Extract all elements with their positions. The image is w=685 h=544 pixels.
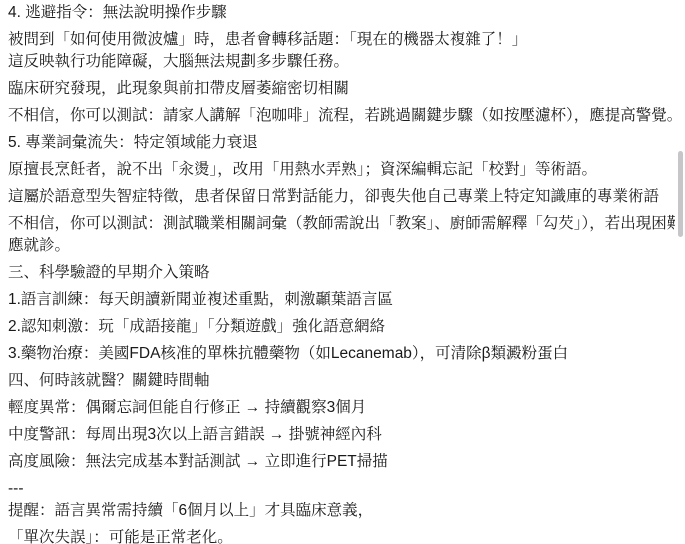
text-line: 四、何時該就醫？關鍵時間軸 <box>8 370 675 392</box>
text-line: 原擅長烹飪者，說不出「汆燙」，改用「用熱水弄熟」；資深編輯忘記「校對」等術語。 <box>8 159 675 181</box>
text-line: 2.認知刺激：玩「成語接龍」「分類遊戲」強化語意網絡 <box>8 316 675 338</box>
text-line: 4. 逃避指令：無法說明操作步驟 <box>8 2 675 24</box>
scrollbar-thumb[interactable] <box>678 151 683 237</box>
divider-line: --- <box>8 478 675 500</box>
document-view: 4. 逃避指令：無法說明操作步驟 被問到「如何使用微波爐」時，患者會轉移話題：「… <box>0 0 685 544</box>
text-line: 三、科學驗證的早期介入策略 <box>8 262 675 284</box>
text-line: 1.語言訓練：每天朗讀新聞並複述重點，刺激顳葉語言區 <box>8 289 675 311</box>
text-line: 提醒：語言異常需持續「6個月以上」才具臨床意義， <box>8 500 675 522</box>
text-line: 不相信，你可以測試：測試職業相關詞彙（教師需說出「教案」、廚師需解釋「勾芡」），… <box>8 213 675 235</box>
text-line: 5. 專業詞彙流失：特定領域能力衰退 <box>8 132 675 154</box>
text-line: 這屬於語意型失智症特徵，患者保留日常對話能力，卻喪失他自己專業上特定知識庫的專業… <box>8 186 675 208</box>
text-line: 這反映執行功能障礙，大腦無法規劃多步驟任務。 <box>8 51 675 73</box>
text-line: 中度警訊：每周出現3次以上語言錯誤 → 掛號神經內科 <box>8 424 675 446</box>
text-line: 「單次失誤」：可能是正常老化。 <box>8 527 675 544</box>
text-line: 3.藥物治療：美國FDA核准的單株抗體藥物（如Lecanemab），可清除β類澱… <box>8 343 675 365</box>
text-line: 被問到「如何使用微波爐」時，患者會轉移話題：「現在的機器太複雜了！」 <box>8 29 675 51</box>
document-content: 4. 逃避指令：無法說明操作步驟 被問到「如何使用微波爐」時，患者會轉移話題：「… <box>0 0 685 544</box>
text-line: 應就診。 <box>8 235 675 257</box>
text-line: 不相信，你可以測試：請家人講解「泡咖啡」流程，若跳過關鍵步驟（如按壓濾杯），應提… <box>8 105 675 127</box>
text-line: 高度風險：無法完成基本對話測試 → 立即進行PET掃描 <box>8 451 675 473</box>
text-line: 臨床研究發現，此現象與前扣帶皮層萎縮密切相關 <box>8 78 675 100</box>
text-line: 輕度異常：偶爾忘詞但能自行修正 → 持續觀察3個月 <box>8 397 675 419</box>
